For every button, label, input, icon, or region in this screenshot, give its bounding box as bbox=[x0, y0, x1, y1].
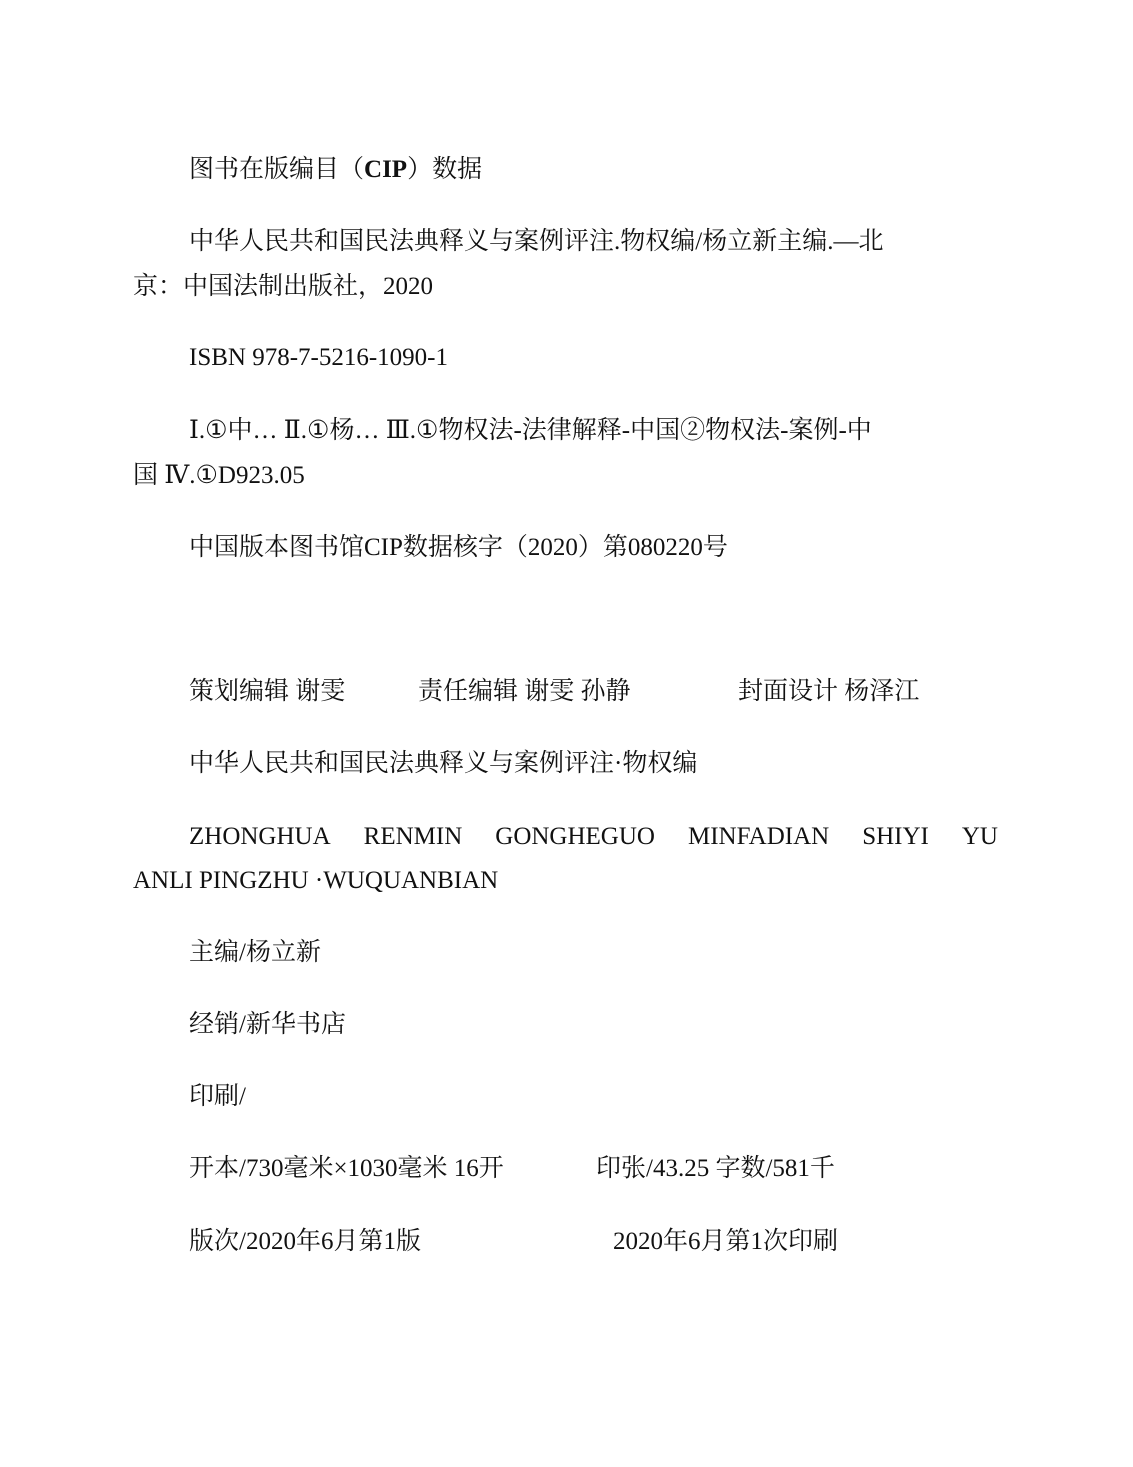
book-title-pinyin-line1: ZHONGHUA RENMIN GONGHEGUO MINFADIAN SHIY… bbox=[189, 822, 998, 852]
sheets-words: 印张/43.25 字数/581千 bbox=[596, 1154, 835, 1184]
pinyin-word: ZHONGHUA bbox=[189, 822, 331, 852]
cip-heading: 图书在版编目（CIP）数据 bbox=[189, 155, 482, 185]
classification-line2: 国 Ⅳ.①D923.05 bbox=[133, 461, 305, 491]
pinyin-word: YU bbox=[962, 822, 998, 852]
classification-line1: Ⅰ.①中… Ⅱ.①杨… Ⅲ.①物权法-法律解释-中国②物权法-案例-中 bbox=[189, 416, 872, 446]
distributor: 经销/新华书店 bbox=[189, 1010, 346, 1040]
cip-heading-suffix: ）数据 bbox=[407, 156, 482, 183]
book-title-pinyin-line2: ANLI PINGZHU ·WUQUANBIAN bbox=[133, 866, 498, 896]
pinyin-word: RENMIN bbox=[364, 822, 463, 852]
copyright-page: 图书在版编目（CIP）数据 中华人民共和国民法典释义与案例评注.物权编/杨立新主… bbox=[0, 0, 1133, 1467]
planning-editor: 策划编辑 谢雯 bbox=[189, 677, 345, 707]
pinyin-word: MINFADIAN bbox=[688, 822, 829, 852]
cip-title-line1: 中华人民共和国民法典释义与案例评注.物权编/杨立新主编.—北 bbox=[189, 227, 883, 257]
cip-heading-bold: CIP bbox=[364, 156, 407, 183]
responsible-editors: 责任编辑 谢雯 孙静 bbox=[418, 677, 631, 707]
printing: 2020年6月第1次印刷 bbox=[613, 1227, 838, 1257]
format: 开本/730毫米×1030毫米 16开 bbox=[189, 1154, 504, 1184]
book-title-cn: 中华人民共和国民法典释义与案例评注·物权编 bbox=[189, 749, 697, 779]
pinyin-word: SHIYI bbox=[862, 822, 929, 852]
printer: 印刷/ bbox=[189, 1082, 246, 1112]
cover-design: 封面设计 杨泽江 bbox=[738, 677, 919, 707]
chief-editor: 主编/杨立新 bbox=[189, 938, 321, 968]
pinyin-word: GONGHEGUO bbox=[495, 822, 655, 852]
edition: 版次/2020年6月第1版 bbox=[189, 1227, 421, 1257]
cip-heading-prefix: 图书在版编目（ bbox=[189, 156, 364, 183]
cip-title-line2: 京：中国法制出版社，2020 bbox=[133, 272, 433, 302]
isbn: ISBN 978-7-5216-1090-1 bbox=[189, 343, 448, 373]
cip-record-number: 中国版本图书馆CIP数据核字（2020）第080220号 bbox=[189, 533, 728, 563]
